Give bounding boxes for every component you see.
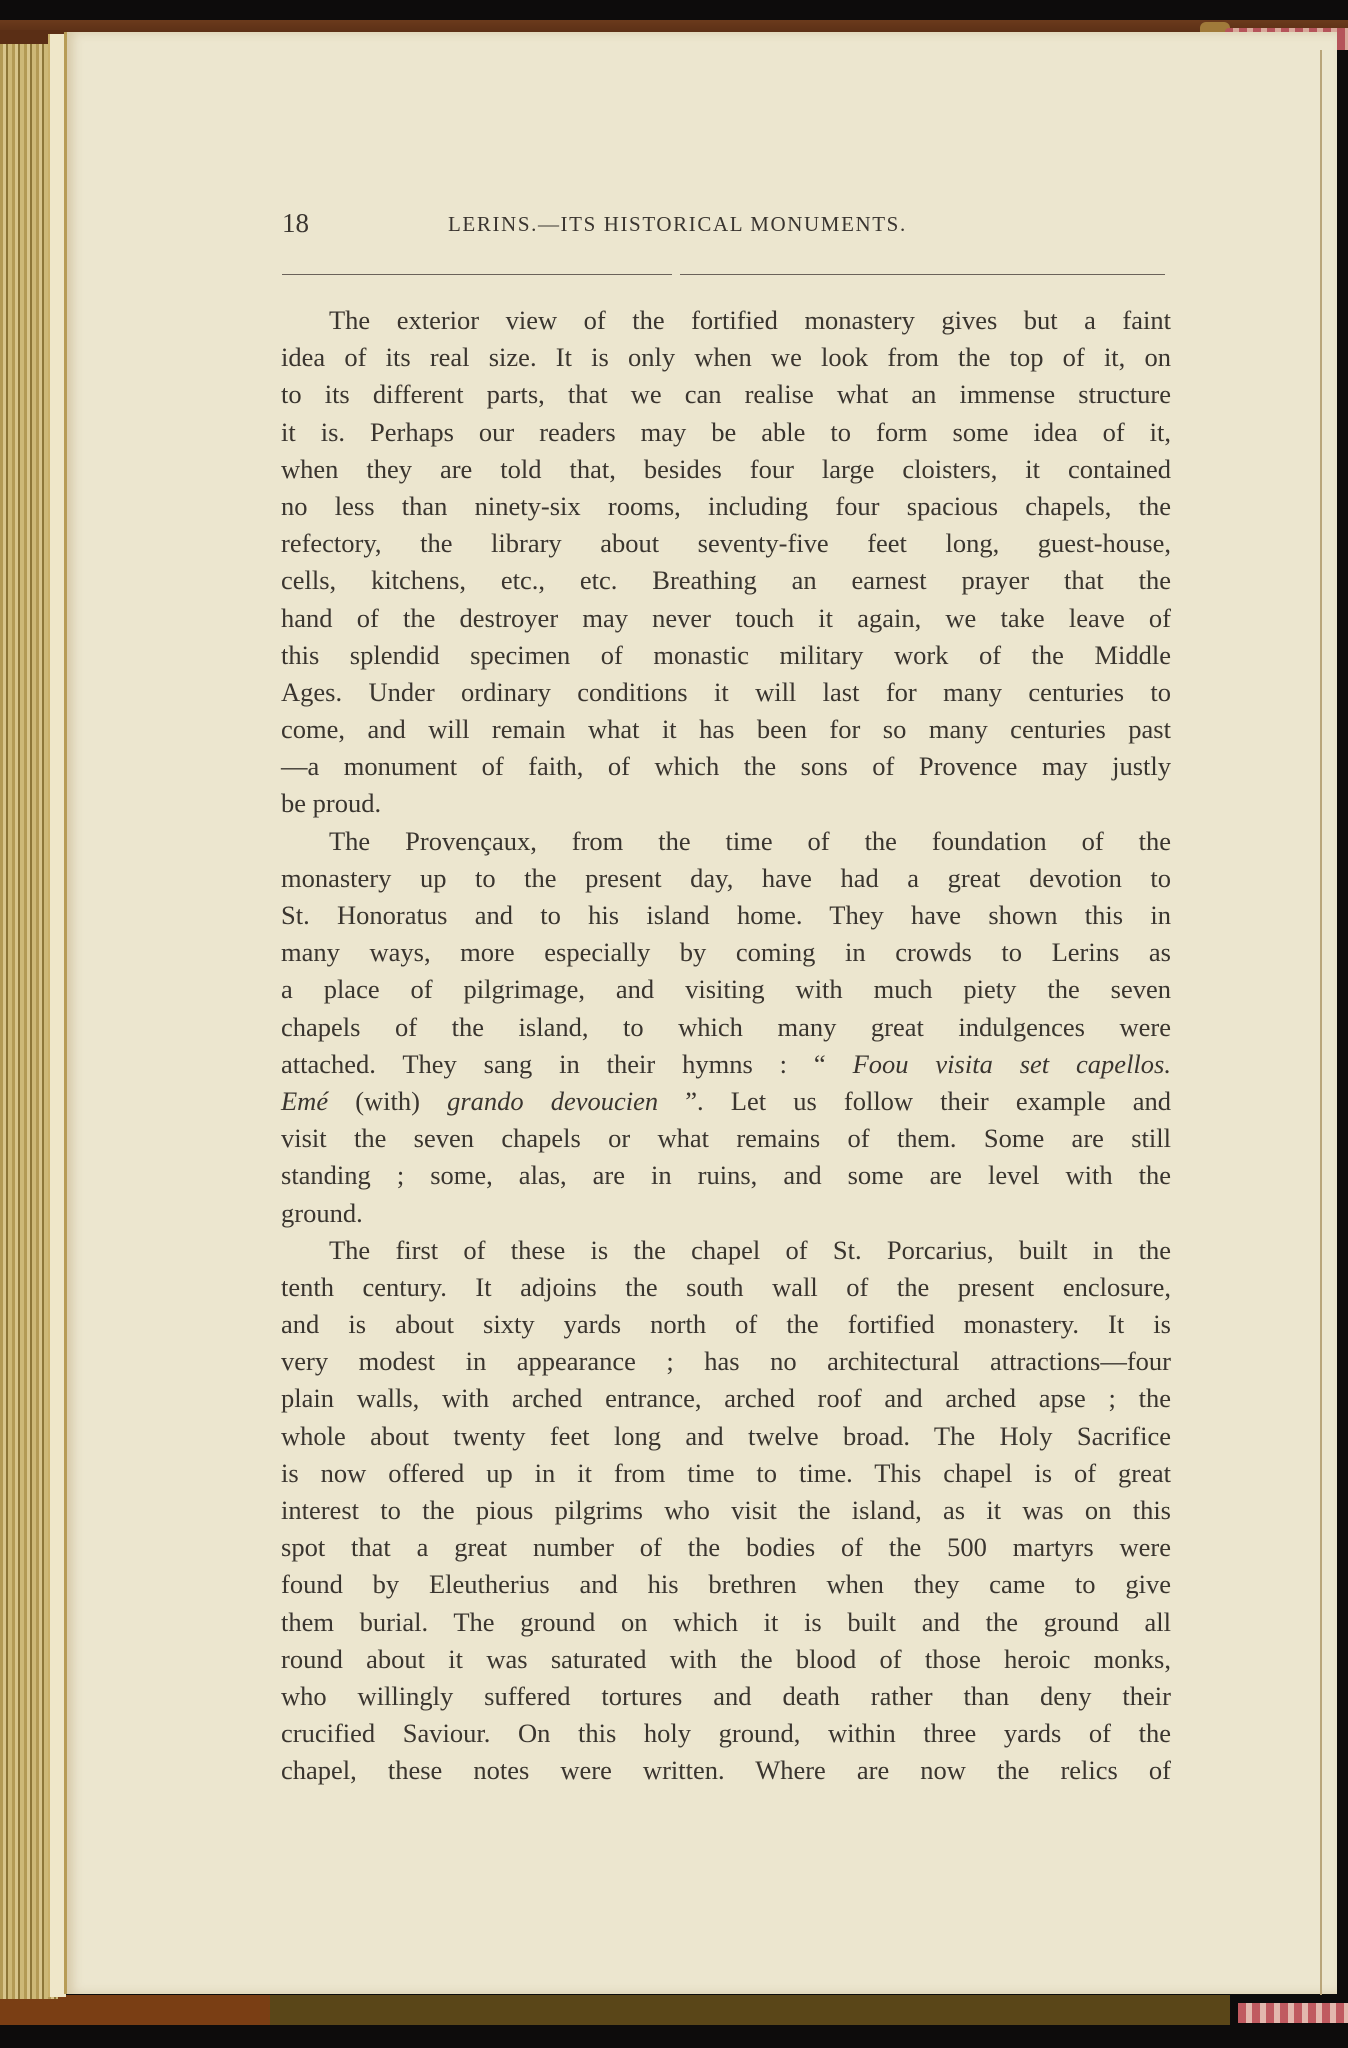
text-line: is now offered up in it from time to tim… [281,1455,1171,1492]
text-line: chapels of the island, to which many gre… [281,1009,1171,1046]
text-line: found by Eleutherius and his brethren wh… [281,1566,1171,1603]
text-line: The first of these is the chapel of St. … [281,1232,1171,1269]
text-line: ground. [281,1195,1171,1232]
text-line: visit the seven chapels or what remains … [281,1120,1171,1157]
book-photo: 18 LERINS.—ITS HISTORICAL MONUMENTS. The… [0,0,1348,2048]
text-run: attached. They sang in their hymns : “ [281,1049,853,1079]
text-run: ”. Let us follow their example and [658,1086,1171,1116]
text-line: it is. Perhaps our readers may be able t… [281,414,1171,451]
text-line: come, and will remain what it has been f… [281,711,1171,748]
text-line: no less than ninety-six rooms, including… [281,488,1171,525]
text-line: —a monument of faith, of which the sons … [281,748,1171,785]
headband-bottom [1238,2003,1348,2023]
hymn-quote: Emé [281,1086,328,1116]
header-rule-left [282,274,672,275]
text-line: tenth century. It adjoins the south wall… [281,1269,1171,1306]
header-rule-right [680,274,1165,275]
text-line: when they are told that, besides four la… [281,451,1171,488]
text-line: The exterior view of the fortified monas… [281,302,1171,339]
text-line: this splendid specimen of monastic milit… [281,637,1171,674]
body-text: The exterior view of the fortified monas… [281,302,1171,1790]
page-fold-line [1320,50,1322,1995]
page-number: 18 [282,208,309,239]
text-line: idea of its real size. It is only when w… [281,339,1171,376]
text-line: a place of pilgrimage, and visiting with… [281,971,1171,1008]
hymn-line: Emé (with) grando devoucien ”. Let us fo… [281,1083,1171,1120]
text-line: spot that a great number of the bodies o… [281,1529,1171,1566]
text-line: refectory, the library about seventy-fiv… [281,525,1171,562]
text-line: plain walls, with arched entrance, arche… [281,1380,1171,1417]
text-line: them burial. The ground on which it is b… [281,1604,1171,1641]
hymn-quote: Foou visita set capellos. [853,1049,1171,1079]
hymn-quote: grando devoucien [447,1086,658,1116]
hymn-line: attached. They sang in their hymns : “ F… [281,1046,1171,1083]
text-line: be proud. [281,785,1171,822]
text-line: St. Honoratus and to his island home. Th… [281,897,1171,934]
text-line: The Provençaux, from the time of the fou… [281,823,1171,860]
text-line: monastery up to the present day, have ha… [281,860,1171,897]
text-line: crucified Saviour. On this holy ground, … [281,1715,1171,1752]
text-line: standing ; some, alas, are in ruins, and… [281,1157,1171,1194]
text-line: Ages. Under ordinary conditions it will … [281,674,1171,711]
text-line: whole about twenty feet long and twelve … [281,1418,1171,1455]
text-line: interest to the pious pilgrims who visit… [281,1492,1171,1529]
text-line: who willingly suffered tortures and deat… [281,1678,1171,1715]
text-line: hand of the destroyer may never touch it… [281,600,1171,637]
text-line: many ways, more especially by coming in … [281,934,1171,971]
text-line: cells, kitchens, etc., etc. Breathing an… [281,562,1171,599]
text-line: and is about sixty yards north of the fo… [281,1306,1171,1343]
text-line: to its different parts, that we can real… [281,376,1171,413]
leather-bottom-band [0,1995,1348,2025]
text-line: chapel, these notes were written. Where … [281,1752,1171,1789]
text-line: very modest in appearance ; has no archi… [281,1343,1171,1380]
text-line: round about it was saturated with the bl… [281,1641,1171,1678]
page-header: 18 LERINS.—ITS HISTORICAL MONUMENTS. [282,208,1182,240]
text-run: (with) [328,1086,447,1116]
running-title: LERINS.—ITS HISTORICAL MONUMENTS. [448,212,907,237]
